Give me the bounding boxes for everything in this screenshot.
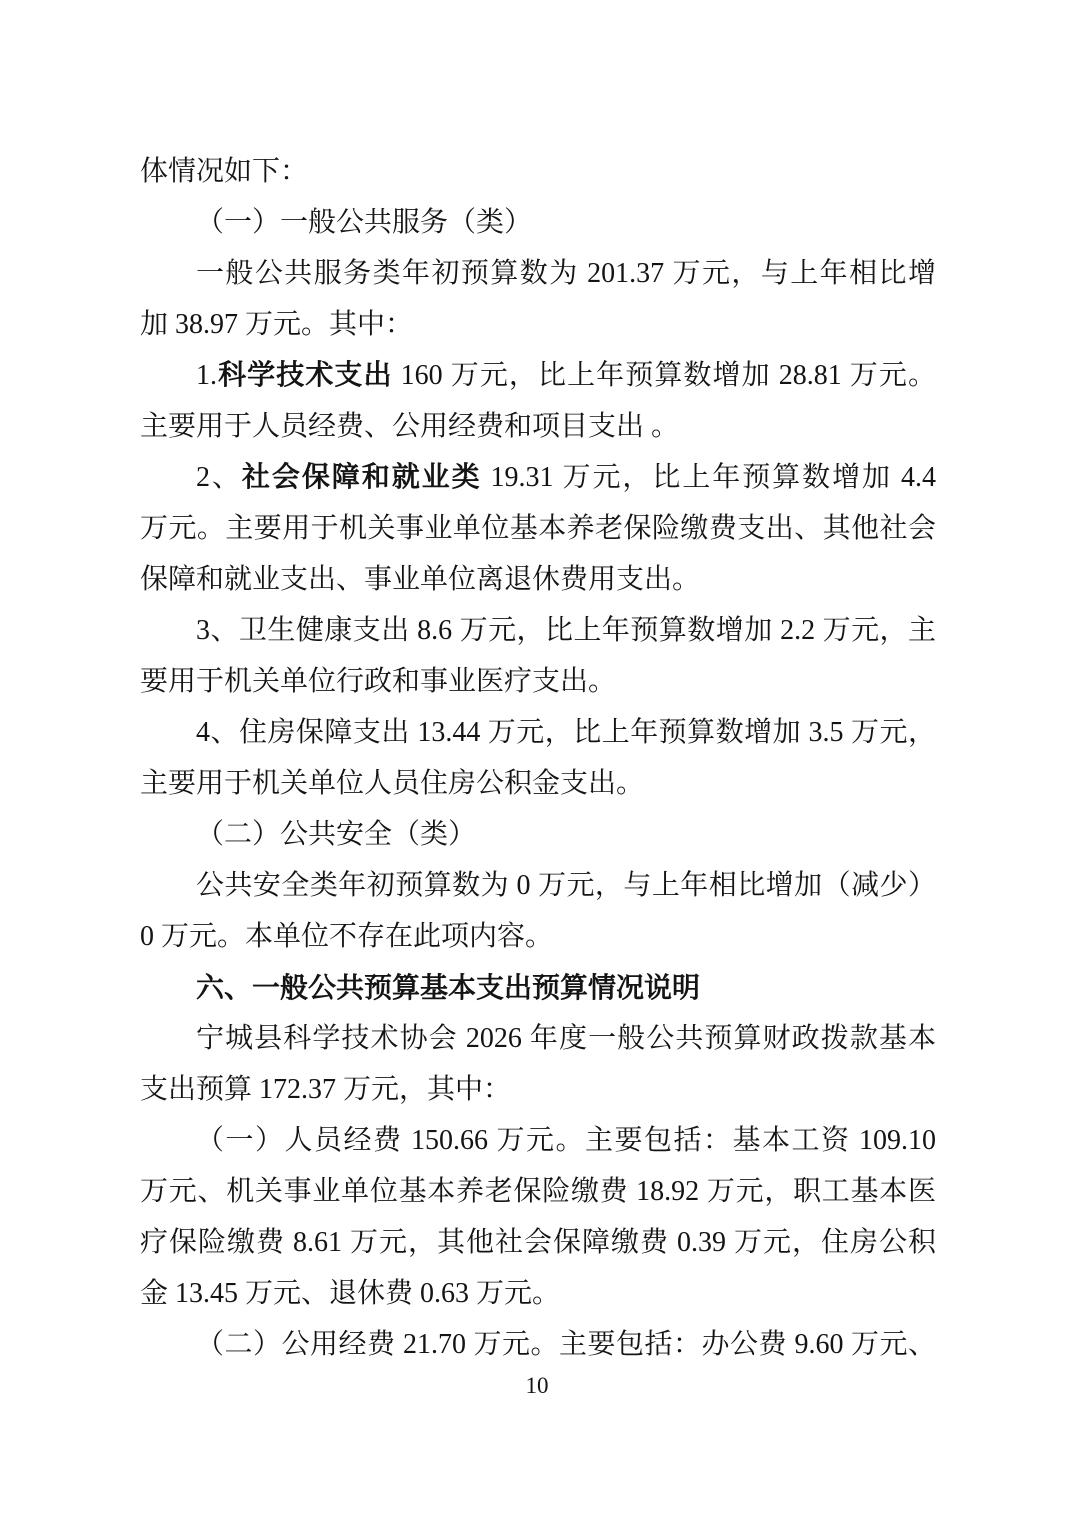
line-text: 保障和就业支出、事业单位离退休费用支出。 — [140, 564, 700, 595]
line-text: 万元、机关事业单位基本养老保险缴费 18.92 万元，职工基本医 — [140, 1176, 936, 1207]
text-line: 万元、机关事业单位基本养老保险缴费 18.92 万元，职工基本医 — [140, 1166, 936, 1217]
line-text: 疗保险缴费 8.61 万元，其他社会保障缴费 0.39 万元，住房公积 — [140, 1227, 936, 1258]
subsection-heading-line: （二）公共安全（类） — [140, 809, 936, 860]
page-number: 10 — [0, 1371, 1074, 1401]
text-line: 2、社会保障和就业类 19.31 万元，比上年预算数增加 4.4 — [140, 452, 936, 503]
text-line: 0 万元。本单位不存在此项内容。 — [140, 911, 936, 962]
line-text: （一）一般公共服务（类） — [196, 207, 532, 238]
text-line: 要用于机关单位行政和事业医疗支出。 — [140, 656, 936, 707]
line-text: 主要用于机关单位人员住房公积金支出。 — [140, 768, 644, 799]
line-text: 要用于机关单位行政和事业医疗支出。 — [140, 666, 616, 697]
text-line: 1.科学技术支出 160 万元，比上年预算数增加 28.81 万元。 — [140, 350, 936, 401]
line-text: （一）人员经费 150.66 万元。主要包括：基本工资 109.10 — [196, 1125, 936, 1156]
text-line: 体情况如下： — [140, 146, 936, 197]
line-text: 主要用于人员经费、公用经费和项目支出 。 — [140, 411, 679, 442]
line-text: 1. — [196, 360, 217, 391]
text-line: 一般公共服务类年初预算数为 201.37 万元，与上年相比增 — [140, 248, 936, 299]
text-line: 加 38.97 万元。其中： — [140, 299, 936, 350]
text-line: 4、住房保障支出 13.44 万元，比上年预算数增加 3.5 万元， — [140, 707, 936, 758]
text-line: 公共安全类年初预算数为 0 万元，与上年相比增加（减少） — [140, 860, 936, 911]
text-line: 疗保险缴费 8.61 万元，其他社会保障缴费 0.39 万元，住房公积 — [140, 1217, 936, 1268]
text-line: 万元。主要用于机关事业单位基本养老保险缴费支出、其他社会 — [140, 503, 936, 554]
line-text: 19.31 万元，比上年预算数增加 4.4 — [482, 462, 936, 493]
line-text: 金 13.45 万元、退休费 0.63 万元。 — [140, 1278, 560, 1309]
line-text: 4、住房保障支出 13.44 万元，比上年预算数增加 3.5 万元， — [196, 717, 936, 748]
line-text: 一般公共服务类年初预算数为 201.37 万元，与上年相比增 — [196, 258, 936, 289]
text-line: 3、卫生健康支出 8.6 万元，比上年预算数增加 2.2 万元，主 — [140, 605, 936, 656]
line-text: 3、卫生健康支出 8.6 万元，比上年预算数增加 2.2 万元，主 — [196, 615, 936, 646]
line-text: （二）公用经费 21.70 万元。主要包括：办公费 9.60 万元、 — [196, 1329, 936, 1360]
text-line: 支出预算 172.37 万元，其中： — [140, 1064, 936, 1115]
line-text: （二）公共安全（类） — [196, 819, 476, 850]
document-body: 体情况如下： （一）一般公共服务（类） 一般公共服务类年初预算数为 201.37… — [140, 146, 936, 1370]
document-page: 体情况如下： （一）一般公共服务（类） 一般公共服务类年初预算数为 201.37… — [0, 0, 1074, 1520]
line-text: 2、 — [196, 462, 242, 493]
text-line: 主要用于机关单位人员住房公积金支出。 — [140, 758, 936, 809]
line-text: 万元。主要用于机关事业单位基本养老保险缴费支出、其他社会 — [140, 513, 936, 544]
line-text: 公共安全类年初预算数为 0 万元，与上年相比增加（减少） — [196, 870, 936, 901]
line-text: 支出预算 172.37 万元，其中： — [140, 1074, 511, 1105]
text-line: 金 13.45 万元、退休费 0.63 万元。 — [140, 1268, 936, 1319]
text-line: 主要用于人员经费、公用经费和项目支出 。 — [140, 401, 936, 452]
line-text-bold: 科学技术支出 — [217, 360, 393, 391]
text-line: （二）公用经费 21.70 万元。主要包括：办公费 9.60 万元、 — [140, 1319, 936, 1370]
text-line: 宁城县科学技术协会 2026 年度一般公共预算财政拨款基本 — [140, 1013, 936, 1064]
text-line: 保障和就业支出、事业单位离退休费用支出。 — [140, 554, 936, 605]
text-line: （一）人员经费 150.66 万元。主要包括：基本工资 109.10 — [140, 1115, 936, 1166]
line-text: 160 万元，比上年预算数增加 28.81 万元。 — [393, 360, 936, 391]
line-text-bold: 社会保障和就业类 — [242, 462, 482, 493]
section-heading: 六、一般公共预算基本支出预算情况说明 — [140, 962, 936, 1013]
line-text: 加 38.97 万元。其中： — [140, 309, 413, 340]
section-heading-text: 六、一般公共预算基本支出预算情况说明 — [196, 972, 700, 1003]
subsection-heading-line: （一）一般公共服务（类） — [140, 197, 936, 248]
line-text: 0 万元。本单位不存在此项内容。 — [140, 921, 553, 952]
line-text: 体情况如下： — [140, 156, 308, 187]
line-text: 宁城县科学技术协会 2026 年度一般公共预算财政拨款基本 — [196, 1023, 936, 1054]
